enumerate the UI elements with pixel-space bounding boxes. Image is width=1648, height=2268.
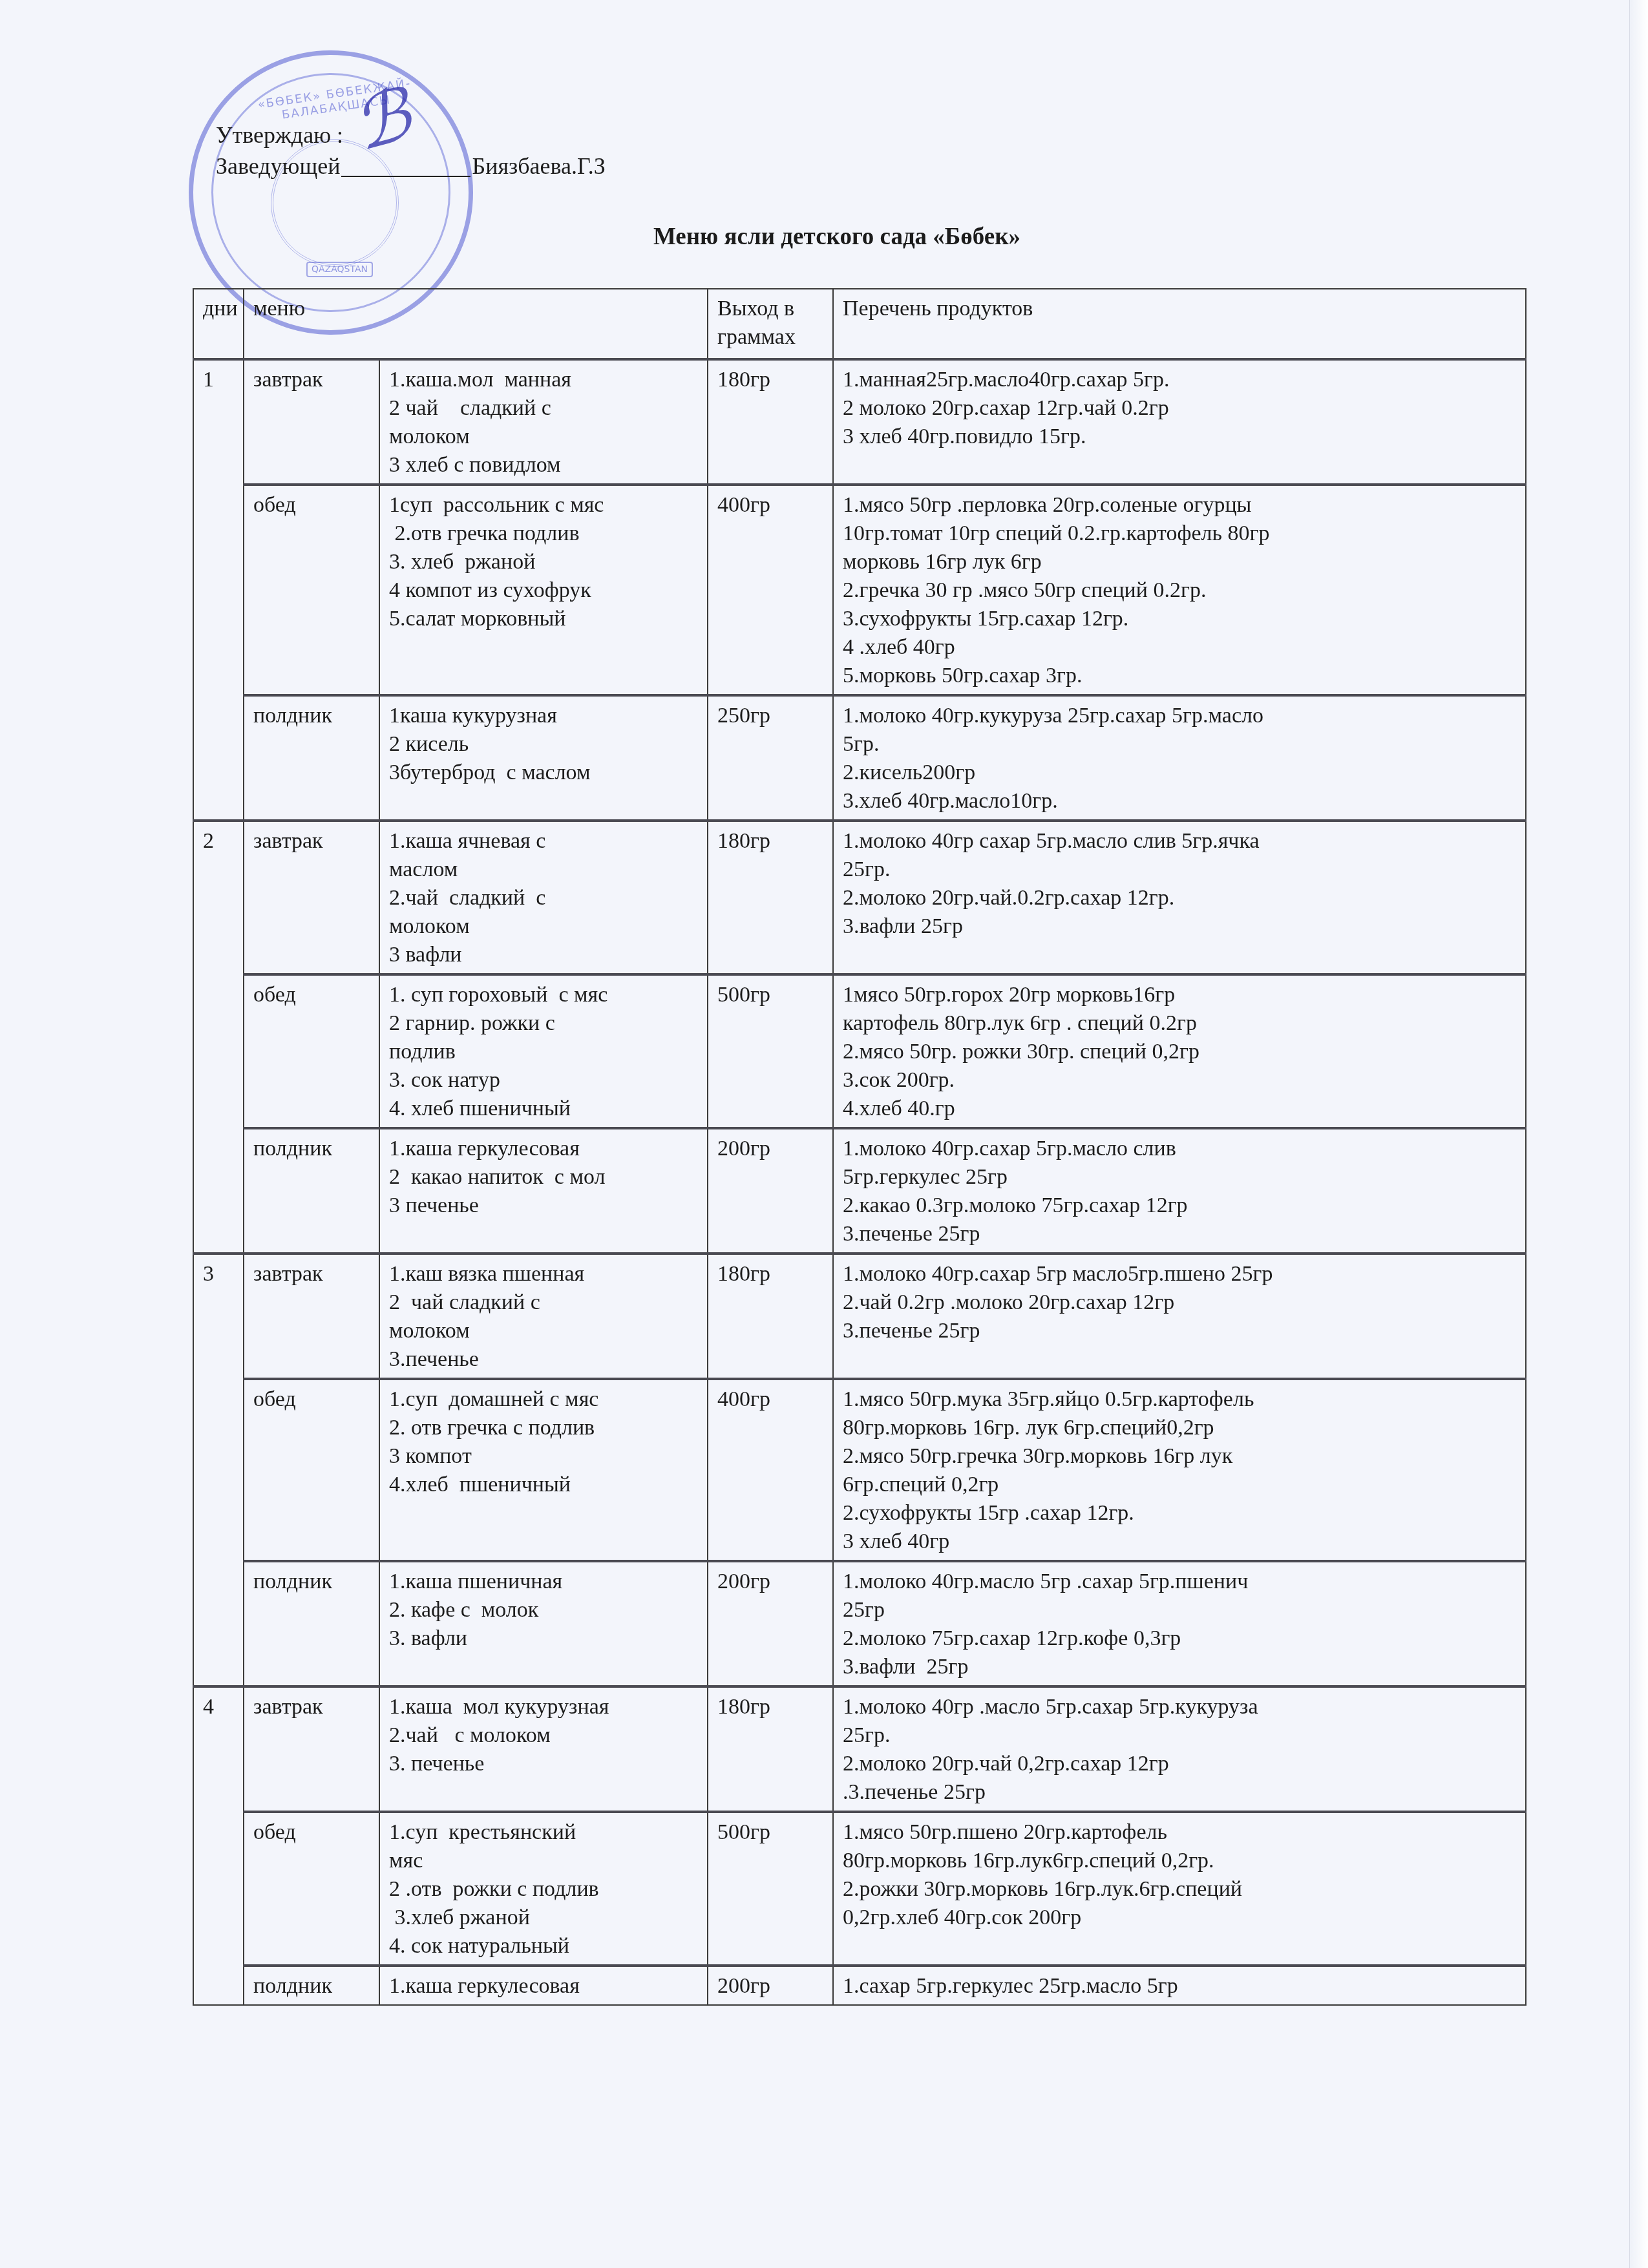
- product-list-line: 5.морковь 50гр.сахар 3гр.: [843, 662, 1516, 690]
- dish-list-line: 2. отв гречка с подлив: [389, 1414, 698, 1442]
- meal-name-line: завтрак: [253, 366, 370, 394]
- header-yield: Выход в граммах: [708, 289, 833, 359]
- product-list-line: 2.кисель200гр: [843, 759, 1516, 787]
- product-list-line: 3.вафли 25гр: [843, 912, 1516, 941]
- dish-list: 1.суп крестьянскиймяс2 .отв рожки с подл…: [379, 1812, 708, 1966]
- page-edge: [1629, 0, 1648, 2268]
- yield-value-line: 200гр: [717, 1568, 823, 1596]
- product-list: 1.молоко 40гр сахар 5гр.масло слив 5гр.я…: [833, 821, 1526, 974]
- dish-list-line: маслом: [389, 856, 698, 884]
- meal-name-line: завтрак: [253, 827, 370, 856]
- product-list-line: 1.манная25гр.масло40гр.сахар 5гр.: [843, 366, 1516, 394]
- product-list-line: 1.сахар 5гр.геркулес 25гр.масло 5гр: [843, 1972, 1516, 2000]
- yield-value-line: 400гр: [717, 491, 823, 520]
- yield-value-line: 180гр: [717, 1693, 823, 1721]
- table-row: обед1.суп домашней с мяс2. отв гречка с …: [193, 1379, 1526, 1561]
- meal-name-line: обед: [253, 981, 370, 1009]
- dish-list-line: 2.отв гречка подлив: [389, 520, 698, 548]
- product-list-line: 2.мясо 50гр.гречка 30гр.морковь 16гр лук: [843, 1442, 1516, 1471]
- product-list: 1мясо 50гр.горох 20гр морковь16гркартофе…: [833, 974, 1526, 1128]
- dish-list-line: 1.каша ячневая с: [389, 827, 698, 856]
- dish-list-line: 3 вафли: [389, 941, 698, 969]
- yield-value-line: 180гр: [717, 827, 823, 856]
- table-row: полдник1.каша пшеничная2. кафе с молок3.…: [193, 1561, 1526, 1686]
- menu-body: 1завтрак1.каша.мол манная2 чай сладкий с…: [193, 359, 1526, 2005]
- dish-list-line: мяс: [389, 1847, 698, 1875]
- table-row: 1завтрак1.каша.мол манная2 чай сладкий с…: [193, 359, 1526, 485]
- product-list-line: 2.гречка 30 гр .мясо 50гр специй 0.2гр.: [843, 576, 1516, 605]
- product-list: 1.молоко 40гр.сахар 5гр масло5гр.пшено 2…: [833, 1254, 1526, 1379]
- product-list-line: 2.молоко 20гр.чай.0.2гр.сахар 12гр.: [843, 884, 1516, 912]
- meal-name-line: завтрак: [253, 1260, 370, 1288]
- table-row: полдник1.каша геркулесовая2 какао напито…: [193, 1128, 1526, 1254]
- dish-list-line: 2 .отв рожки с подлив: [389, 1875, 698, 1904]
- day-number-line: 4: [203, 1693, 234, 1721]
- dish-list-line: 4. хлеб пшеничный: [389, 1095, 698, 1123]
- dish-list-line: подлив: [389, 1038, 698, 1066]
- product-list-line: 3.печенье 25гр: [843, 1317, 1516, 1345]
- product-list: 1.молоко 40гр .масло 5гр.сахар 5гр.кукур…: [833, 1686, 1526, 1812]
- dish-list-line: 1.каша геркулесовая: [389, 1135, 698, 1163]
- product-list: 1.сахар 5гр.геркулес 25гр.масло 5гр: [833, 1966, 1526, 2005]
- dish-list-line: 1.каша мол кукурузная: [389, 1693, 698, 1721]
- yield-value-line: 200гр: [717, 1135, 823, 1163]
- dish-list: 1.каша геркулесовая: [379, 1966, 708, 2005]
- yield-value-line: 200гр: [717, 1972, 823, 2000]
- yield-value: 400гр: [708, 485, 833, 695]
- product-list: 1.молоко 40гр.кукуруза 25гр.сахар 5гр.ма…: [833, 695, 1526, 821]
- meal-name: обед: [244, 1812, 379, 1966]
- product-list-line: 2.молоко 75гр.сахар 12гр.кофе 0,3гр: [843, 1624, 1516, 1653]
- meal-name-line: завтрак: [253, 1693, 370, 1721]
- dish-list-line: 1. суп гороховый с мяс: [389, 981, 698, 1009]
- dish-list-line: 3 компот: [389, 1442, 698, 1471]
- yield-value: 200гр: [708, 1561, 833, 1686]
- table-row: обед1суп рассольник с мяс 2.отв гречка п…: [193, 485, 1526, 695]
- stamp-emblem: QAZAQSTAN: [306, 262, 373, 277]
- dish-list-line: 1каша кукурузная: [389, 702, 698, 730]
- table-row: обед1. суп гороховый с мяс2 гарнир. рожк…: [193, 974, 1526, 1128]
- yield-value-line: 500гр: [717, 981, 823, 1009]
- dish-list-line: 3. сок натур: [389, 1066, 698, 1095]
- meal-name: полдник: [244, 1561, 379, 1686]
- table-row: полдник1.каша геркулесовая200гр1.сахар 5…: [193, 1966, 1526, 2005]
- product-list-line: 80гр.морковь 16гр.лук6гр.специй 0,2гр.: [843, 1847, 1516, 1875]
- dish-list-line: 3. печенье: [389, 1750, 698, 1778]
- product-list: 1.мясо 50гр.мука 35гр.яйцо 0.5гр.картофе…: [833, 1379, 1526, 1561]
- product-list-line: 3.сухофрукты 15гр.сахар 12гр.: [843, 605, 1516, 633]
- product-list-line: 2.молоко 20гр.чай 0,2гр.сахар 12гр: [843, 1750, 1516, 1778]
- dish-list-line: 2 чай сладкий с: [389, 394, 698, 423]
- meal-name: завтрак: [244, 359, 379, 485]
- dish-list-line: 1.суп крестьянский: [389, 1818, 698, 1847]
- product-list-line: 2.мясо 50гр. рожки 30гр. специй 0,2гр: [843, 1038, 1516, 1066]
- dish-list-line: 2 какао напиток с мол: [389, 1163, 698, 1192]
- approval-block: Утверждаю : Заведующей ℬ Биязбаева.Г.З: [216, 120, 606, 181]
- dish-list-line: 1.суп домашней с мяс: [389, 1385, 698, 1414]
- dish-list-line: 3. хлеб ржаной: [389, 548, 698, 576]
- dish-list-line: 1.каш вязка пшенная: [389, 1260, 698, 1288]
- dish-list-line: 3бутерброд с маслом: [389, 759, 698, 787]
- dish-list-line: 1суп рассольник с мяс: [389, 491, 698, 520]
- header-day: дни: [193, 289, 244, 359]
- dish-list: 1.каша геркулесовая2 какао напиток с мол…: [379, 1128, 708, 1254]
- day-number: 1: [193, 359, 244, 821]
- dish-list-line: 2.чай с молоком: [389, 1721, 698, 1750]
- product-list-line: 25гр.: [843, 856, 1516, 884]
- product-list-line: 2.сухофрукты 15гр .сахар 12гр.: [843, 1499, 1516, 1528]
- table-row: полдник1каша кукурузная2 кисель3бутербро…: [193, 695, 1526, 821]
- dish-list: 1.каш вязка пшенная2 чай сладкий смолоко…: [379, 1254, 708, 1379]
- product-list-line: 2 молоко 20гр.сахар 12гр.чай 0.2гр: [843, 394, 1516, 423]
- product-list-line: 1.молоко 40гр .масло 5гр.сахар 5гр.кукур…: [843, 1693, 1516, 1721]
- document-title: Меню ясли детского сада «Бөбек»: [0, 223, 1648, 251]
- dish-list-line: 1.каша пшеничная: [389, 1568, 698, 1596]
- product-list-line: 1.молоко 40гр.масло 5гр .сахар 5гр.пшени…: [843, 1568, 1516, 1596]
- table-header-row: дни меню Выход в граммах Перечень продук…: [193, 289, 1526, 359]
- day-number: 4: [193, 1686, 244, 2005]
- dish-list: 1суп рассольник с мяс 2.отв гречка подли…: [379, 485, 708, 695]
- meal-name: обед: [244, 1379, 379, 1561]
- header-menu: меню: [244, 289, 708, 359]
- product-list-line: 3.сок 200гр.: [843, 1066, 1516, 1095]
- dish-list-line: 2.чай сладкий с: [389, 884, 698, 912]
- yield-value-line: 250гр: [717, 702, 823, 730]
- product-list-line: 2.рожки 30гр.морковь 16гр.лук.6гр.специй: [843, 1875, 1516, 1904]
- table-row: обед1.суп крестьянскиймяс2 .отв рожки с …: [193, 1812, 1526, 1966]
- product-list-line: 25гр: [843, 1596, 1516, 1624]
- dish-list-line: 3. вафли: [389, 1624, 698, 1653]
- product-list-line: 1мясо 50гр.горох 20гр морковь16гр: [843, 981, 1516, 1009]
- dish-list: 1.суп домашней с мяс2. отв гречка с подл…: [379, 1379, 708, 1561]
- meal-name-line: полдник: [253, 702, 370, 730]
- signature-icon: ℬ: [352, 98, 413, 142]
- product-list: 1.мясо 50гр .перловка 20гр.соленые огурц…: [833, 485, 1526, 695]
- dish-list-line: молоком: [389, 1317, 698, 1345]
- yield-value: 180гр: [708, 1686, 833, 1812]
- dish-list-line: 3.хлеб ржаной: [389, 1904, 698, 1932]
- product-list-line: 1.молоко 40гр.сахар 5гр.масло слив: [843, 1135, 1516, 1163]
- yield-value: 500гр: [708, 1812, 833, 1966]
- product-list-line: 10гр.томат 10гр специй 0.2.гр.картофель …: [843, 520, 1516, 548]
- yield-value: 400гр: [708, 1379, 833, 1561]
- day-number-line: 3: [203, 1260, 234, 1288]
- dish-list-line: 3.печенье: [389, 1345, 698, 1374]
- meal-name-line: полдник: [253, 1568, 370, 1596]
- product-list-line: 3.печенье 25гр: [843, 1220, 1516, 1248]
- product-list-line: .3.печенье 25гр: [843, 1778, 1516, 1807]
- product-list-line: 3 хлеб 40гр: [843, 1528, 1516, 1556]
- dish-list-line: 1.каша геркулесовая: [389, 1972, 698, 2000]
- meal-name: завтрак: [244, 1686, 379, 1812]
- meal-name: обед: [244, 485, 379, 695]
- product-list-line: 1.молоко 40гр.сахар 5гр масло5гр.пшено 2…: [843, 1260, 1516, 1288]
- dish-list: 1.каша ячневая смаслом2.чай сладкий смол…: [379, 821, 708, 974]
- product-list-line: 0,2гр.хлеб 40гр.сок 200гр: [843, 1904, 1516, 1932]
- product-list-line: 4 .хлеб 40гр: [843, 633, 1516, 662]
- product-list-line: 25гр.: [843, 1721, 1516, 1750]
- day-number: 2: [193, 821, 244, 1254]
- product-list-line: 2.чай 0.2гр .молоко 20гр.сахар 12гр: [843, 1288, 1516, 1317]
- product-list-line: 4.хлеб 40.гр: [843, 1095, 1516, 1123]
- product-list-line: 3 хлеб 40гр.повидло 15гр.: [843, 423, 1516, 451]
- yield-value-line: 400гр: [717, 1385, 823, 1414]
- product-list-line: 5гр.геркулес 25гр: [843, 1163, 1516, 1192]
- dish-list-line: 2 кисель: [389, 730, 698, 759]
- dish-list-line: 2 гарнир. рожки с: [389, 1009, 698, 1038]
- yield-value: 200гр: [708, 1128, 833, 1254]
- approver-name: Биязбаева.Г.З: [472, 151, 605, 181]
- product-list: 1.молоко 40гр.сахар 5гр.масло слив5гр.ге…: [833, 1128, 1526, 1254]
- dish-list: 1. суп гороховый с мяс2 гарнир. рожки сп…: [379, 974, 708, 1128]
- table-row: 3завтрак1.каш вязка пшенная2 чай сладкий…: [193, 1254, 1526, 1379]
- yield-value-line: 180гр: [717, 1260, 823, 1288]
- dish-list-line: 2 чай сладкий с: [389, 1288, 698, 1317]
- day-number-line: 1: [203, 366, 234, 394]
- meal-name: завтрак: [244, 821, 379, 974]
- meal-name: полдник: [244, 695, 379, 821]
- meal-name-line: обед: [253, 491, 370, 520]
- yield-value: 250гр: [708, 695, 833, 821]
- meal-name: полдник: [244, 1128, 379, 1254]
- yield-value-line: 180гр: [717, 366, 823, 394]
- meal-name: полдник: [244, 1966, 379, 2005]
- meal-name-line: полдник: [253, 1135, 370, 1163]
- yield-value: 180гр: [708, 821, 833, 974]
- product-list: 1.молоко 40гр.масло 5гр .сахар 5гр.пшени…: [833, 1561, 1526, 1686]
- product-list-line: 3.вафли 25гр: [843, 1653, 1516, 1681]
- day-number-line: 2: [203, 827, 234, 856]
- product-list-line: 5гр.: [843, 730, 1516, 759]
- product-list: 1.мясо 50гр.пшено 20гр.картофель80гр.мор…: [833, 1812, 1526, 1966]
- product-list-line: 6гр.специй 0,2гр: [843, 1471, 1516, 1499]
- product-list-line: 1.мясо 50гр.пшено 20гр.картофель: [843, 1818, 1516, 1847]
- dish-list-line: 1.каша.мол манная: [389, 366, 698, 394]
- product-list-line: 2.какао 0.3гр.молоко 75гр.сахар 12гр: [843, 1192, 1516, 1220]
- yield-value: 180гр: [708, 359, 833, 485]
- meal-name-line: полдник: [253, 1972, 370, 2000]
- yield-value: 200гр: [708, 1966, 833, 2005]
- product-list-line: 80гр.морковь 16гр. лук 6гр.специй0,2гр: [843, 1414, 1516, 1442]
- dish-list-line: 3 печенье: [389, 1192, 698, 1220]
- header-products: Перечень продуктов: [833, 289, 1526, 359]
- dish-list: 1каша кукурузная2 кисель3бутерброд с мас…: [379, 695, 708, 821]
- meal-name-line: обед: [253, 1818, 370, 1847]
- dish-list-line: 4.хлеб пшеничный: [389, 1471, 698, 1499]
- dish-list-line: 4 компот из сухофрук: [389, 576, 698, 605]
- position-label: Заведующей: [216, 151, 340, 181]
- yield-value-line: 500гр: [717, 1818, 823, 1847]
- menu-table: дни меню Выход в граммах Перечень продук…: [193, 288, 1527, 2006]
- signature-line: ℬ: [341, 150, 470, 177]
- day-number: 3: [193, 1254, 244, 1686]
- yield-value: 180гр: [708, 1254, 833, 1379]
- meal-name-line: обед: [253, 1385, 370, 1414]
- dish-list-line: молоком: [389, 912, 698, 941]
- table-row: 2завтрак1.каша ячневая смаслом2.чай слад…: [193, 821, 1526, 974]
- product-list-line: 3.хлеб 40гр.масло10гр.: [843, 787, 1516, 815]
- product-list-line: 1.мясо 50гр .перловка 20гр.соленые огурц…: [843, 491, 1516, 520]
- dish-list: 1.каша мол кукурузная2.чай с молоком3. п…: [379, 1686, 708, 1812]
- dish-list: 1.каша пшеничная2. кафе с молок3. вафли: [379, 1561, 708, 1686]
- dish-list-line: 3 хлеб с повидлом: [389, 451, 698, 479]
- dish-list-line: 5.салат морковный: [389, 605, 698, 633]
- meal-name: обед: [244, 974, 379, 1128]
- product-list-line: морковь 16гр лук 6гр: [843, 548, 1516, 576]
- yield-value: 500гр: [708, 974, 833, 1128]
- product-list-line: 1.мясо 50гр.мука 35гр.яйцо 0.5гр.картофе…: [843, 1385, 1516, 1414]
- dish-list: 1.каша.мол манная2 чай сладкий смолоком3…: [379, 359, 708, 485]
- product-list-line: 1.молоко 40гр сахар 5гр.масло слив 5гр.я…: [843, 827, 1516, 856]
- dish-list-line: молоком: [389, 423, 698, 451]
- table-row: 4завтрак1.каша мол кукурузная2.чай с мол…: [193, 1686, 1526, 1812]
- dish-list-line: 2. кафе с молок: [389, 1596, 698, 1624]
- meal-name: завтрак: [244, 1254, 379, 1379]
- product-list-line: картофель 80гр.лук 6гр . специй 0.2гр: [843, 1009, 1516, 1038]
- product-list: 1.манная25гр.масло40гр.сахар 5гр.2 молок…: [833, 359, 1526, 485]
- dish-list-line: 4. сок натуральный: [389, 1932, 698, 1960]
- product-list-line: 1.молоко 40гр.кукуруза 25гр.сахар 5гр.ма…: [843, 702, 1516, 730]
